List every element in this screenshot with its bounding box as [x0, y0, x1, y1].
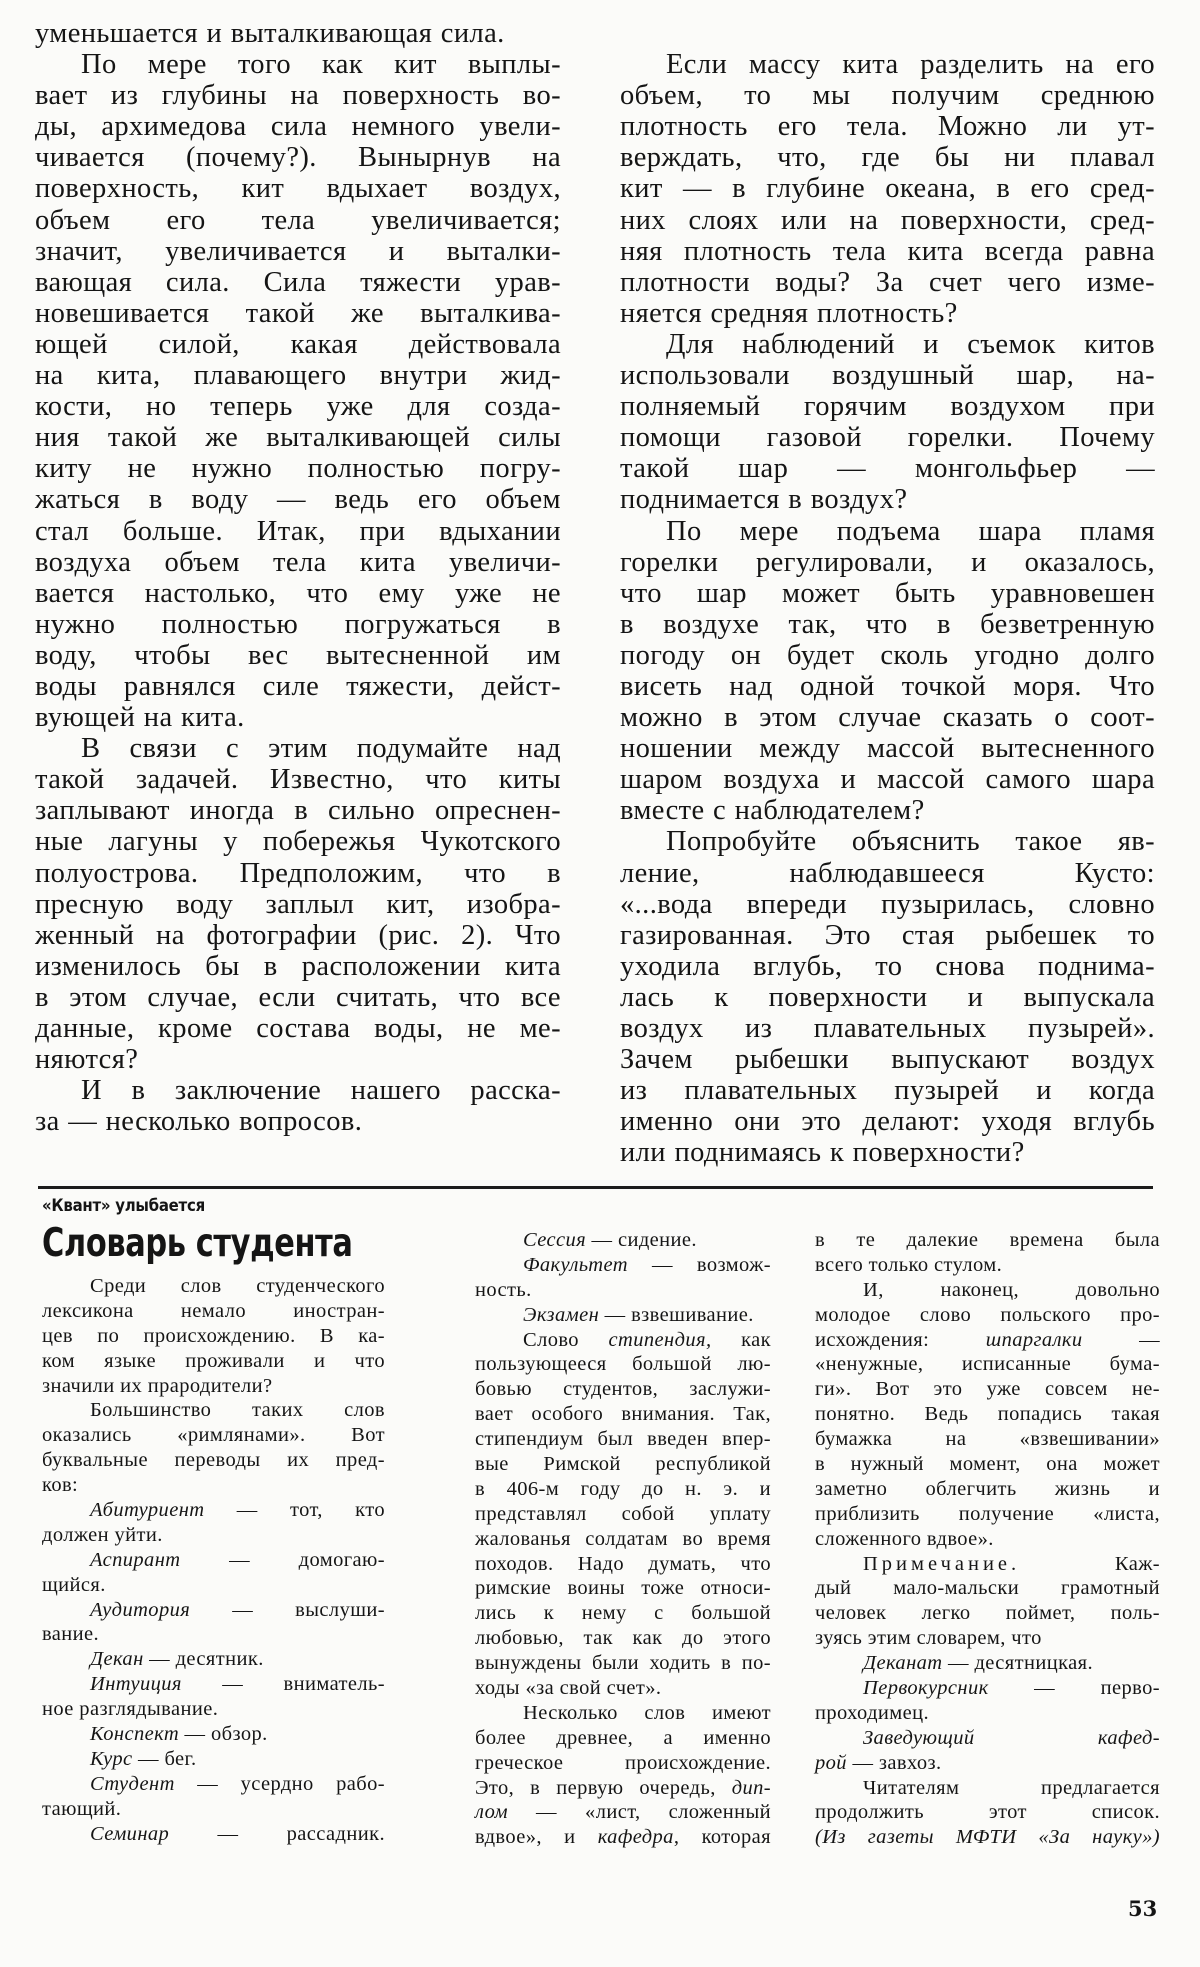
line-text: В связи с этим подумайте над	[81, 733, 561, 764]
text-line: газированная. Это стая рыбешек то	[620, 920, 1155, 951]
line-text: пресную воду заплыл кит, изобра-	[35, 889, 561, 920]
line-text: Попробуйте объяснить такое яв-	[666, 826, 1155, 857]
text-line: значит, увеличивается и выталки-	[35, 236, 561, 267]
text-line: киту не нужно полностью погру-	[35, 453, 561, 484]
line-text: — завхоз.	[847, 1752, 942, 1774]
line-text: висеть над одной точкой моря. Что	[620, 671, 1155, 702]
text-line: «ненужные, исписанные бума-	[815, 1352, 1160, 1377]
text-line: такой задачей. Известно, что киты	[35, 764, 561, 795]
line-text: — «лист, сложенный	[508, 1801, 771, 1823]
line-text: полуострова. Предположим, что в	[35, 858, 561, 889]
text-line: Читателям предлагается	[815, 1776, 1160, 1801]
text-line: Интуиция — вниматель-	[42, 1672, 385, 1697]
dictionary-term: Первокурсник	[863, 1677, 989, 1699]
line-text: газированная. Это стая рыбешек то	[620, 920, 1155, 951]
text-line: Декан — десятник.	[42, 1647, 385, 1672]
text-line: По мере того как кит выплы-	[35, 49, 561, 80]
line-text: Это, в первую очередь,	[475, 1777, 732, 1799]
text-line: вание.	[42, 1622, 385, 1647]
line-text: ные лагуны у побережья Чукотского	[35, 826, 561, 857]
line-text: представлял собой уплату	[475, 1503, 771, 1525]
dictionary-column-left: Среди слов студенческоголексикона немало…	[42, 1274, 385, 1846]
line-text: Слово	[523, 1329, 609, 1351]
text-line: Это, в первую очередь, дип-	[475, 1776, 771, 1801]
line-text: — бег.	[133, 1748, 197, 1770]
line-text: уменьшается и выталкивающая сила.	[35, 18, 505, 49]
text-line: что шар может быть уравновешен	[620, 578, 1155, 609]
line-text: — сидение.	[586, 1229, 697, 1251]
text-line: полняемый горячим воздухом при	[620, 391, 1155, 422]
text-line: любовью, так как до этого	[475, 1626, 771, 1651]
line-text: буквальные переводы их пред-	[42, 1449, 385, 1471]
text-line: за — несколько вопросов.	[35, 1106, 561, 1137]
dictionary-term: Абитуриент	[90, 1499, 204, 1521]
text-line: ные лагуны у побережья Чукотского	[35, 826, 561, 857]
line-text: , которая	[674, 1826, 771, 1848]
line-text: такой шар — монгольфьер —	[620, 453, 1155, 484]
line-text: сложенного вдвое».	[815, 1528, 994, 1550]
text-line: Студент — усердно рабо-	[42, 1772, 385, 1797]
line-text: значили их прародители?	[42, 1375, 273, 1397]
dictionary-column-middle: Сессия — сидение.Факультет — возмож-ност…	[475, 1228, 771, 1850]
section-divider	[38, 1186, 1153, 1189]
text-line: воду, чтобы вес вытесненной им	[35, 640, 561, 671]
line-text: человек легко поймет, поль-	[815, 1602, 1160, 1624]
text-line: всего только стулом.	[815, 1253, 1160, 1278]
line-text: верждать, что, где бы ни плавал	[620, 142, 1155, 173]
dictionary-term: Декан	[90, 1648, 144, 1670]
line-text: вающая сила. Сила тяжести урав-	[35, 267, 561, 298]
text-line: ды, архимедова сила немного увели-	[35, 111, 561, 142]
text-line: представлял собой уплату	[475, 1502, 771, 1527]
line-text: лась к поверхности и выпускала	[620, 982, 1155, 1013]
line-text: или поднимаясь к поверхности?	[620, 1137, 1025, 1168]
line-text: плотность его тела. Можно ли ут-	[620, 111, 1155, 142]
dictionary-term: Аспирант	[90, 1549, 181, 1571]
text-line: поверхность, кит вдыхает воздух,	[35, 173, 561, 204]
text-line: верждать, что, где бы ни плавал	[620, 142, 1155, 173]
dictionary-term: стипендия,	[609, 1329, 712, 1351]
text-line: женный на фотографии (рис. 2). Что	[35, 920, 561, 951]
text-line: висеть над одной точкой моря. Что	[620, 671, 1155, 702]
text-line: Для наблюдений и съемок китов	[620, 329, 1155, 360]
dictionary-term: Конспект	[90, 1723, 179, 1745]
text-line: цев по происхождению. В ка-	[42, 1324, 385, 1349]
line-text: изменилось бы в расположении кита	[35, 951, 561, 982]
text-line: молодое слово польского про-	[815, 1303, 1160, 1328]
text-line: ность.	[475, 1278, 771, 1303]
text-line	[620, 18, 1155, 49]
text-line: Сессия — сидение.	[475, 1228, 771, 1253]
line-text: бовью студентов, заслужи-	[475, 1378, 771, 1400]
text-line: стал больше. Итак, при вдыхании	[35, 516, 561, 547]
line-text: По мере того как кит выплы-	[81, 49, 561, 80]
line-text: киту не нужно полностью погру-	[35, 453, 561, 484]
text-line: зуясь этим словарем, что	[815, 1626, 1160, 1651]
text-line: поднимается в воздух?	[620, 484, 1155, 515]
line-text: объем его тела увеличивается;	[35, 205, 561, 236]
text-line: Несколько слов имеют	[475, 1701, 771, 1726]
line-text: понятно. Ведь попадись такая	[815, 1403, 1160, 1425]
line-text: всего только стулом.	[815, 1254, 1002, 1276]
text-line: щийся.	[42, 1573, 385, 1598]
line-text: тающий.	[42, 1798, 121, 1820]
line-text: Зачем рыбешки выпускают воздух	[620, 1044, 1155, 1075]
text-line: должен уйти.	[42, 1523, 385, 1548]
line-text: няются?	[35, 1044, 138, 1075]
line-text: поднимается в воздух?	[620, 484, 907, 515]
text-line: шаром воздуха и массой самого шара	[620, 764, 1155, 795]
line-text: полняемый горячим воздухом при	[620, 391, 1155, 422]
line-text: вующей на кита.	[35, 702, 245, 733]
text-line: человек легко поймет, поль-	[815, 1601, 1160, 1626]
text-line: объем, то мы получим среднюю	[620, 80, 1155, 111]
text-line: нужно полностью погружаться в	[35, 609, 561, 640]
line-text: в нужный момент, она может	[815, 1453, 1160, 1475]
text-line: оказались «римлянами». Вот	[42, 1423, 385, 1448]
line-text: — перво-	[989, 1677, 1160, 1699]
text-line: И, наконец, довольно	[815, 1278, 1160, 1303]
line-text: пользующееся большой лю-	[475, 1353, 771, 1375]
text-line: римские воины тоже относи-	[475, 1576, 771, 1601]
text-line: Семинар — рассадник.	[42, 1822, 385, 1847]
line-text: — десятницкая.	[943, 1652, 1094, 1674]
text-line: в нужный момент, она может	[815, 1452, 1160, 1477]
line-text: них слоях или на поверхности, сред-	[620, 205, 1155, 236]
line-text: Каж-	[1020, 1553, 1160, 1575]
line-text: — вниматель-	[182, 1673, 385, 1695]
text-line: или поднимаясь к поверхности?	[620, 1137, 1155, 1168]
text-line: плотности воды? За счет чего изме-	[620, 267, 1155, 298]
line-text: ношении между массой вытесненного	[620, 733, 1155, 764]
line-text: воздух из плавательных пузырей».	[620, 1013, 1155, 1044]
line-text: кости, но теперь уже для созда-	[35, 391, 561, 422]
line-text: что шар может быть уравновешен	[620, 578, 1155, 609]
text-line: вающая сила. Сила тяжести урав-	[35, 267, 561, 298]
line-text: — возмож-	[628, 1254, 771, 1276]
text-line: ношении между массой вытесненного	[620, 733, 1155, 764]
line-text: ность.	[475, 1279, 532, 1301]
dictionary-term: Курс	[90, 1748, 133, 1770]
line-text: более древнее, а именно	[475, 1727, 771, 1749]
line-text: должен уйти.	[42, 1524, 163, 1546]
text-line: ков:	[42, 1473, 385, 1498]
text-line: кит — в глубине океана, в его сред-	[620, 173, 1155, 204]
line-text: ком языке проживали и что	[42, 1350, 385, 1372]
dictionary-term: Сессия	[523, 1229, 586, 1251]
dictionary-column-right: в те далекие времена былавсего только ст…	[815, 1228, 1160, 1850]
text-line: вается настолько, что ему уже не	[35, 578, 561, 609]
text-line: «...вода впереди пузырилась, словно	[620, 889, 1155, 920]
text-line: В связи с этим подумайте над	[35, 733, 561, 764]
text-line: воздух из плавательных пузырей».	[620, 1013, 1155, 1044]
text-line: лом — «лист, сложенный	[475, 1800, 771, 1825]
text-line: чивается (почему?). Вынырнув на	[35, 142, 561, 173]
line-text: можно в этом случае сказать о соот-	[620, 702, 1155, 733]
line-text: ги». Вот это уже совсем не-	[815, 1378, 1160, 1400]
dictionary-term: Семинар	[90, 1823, 169, 1845]
text-line: походов. Надо думать, что	[475, 1552, 771, 1577]
line-text: ющей силой, какая действовала	[35, 329, 561, 360]
line-text: заметно облегчить жизнь и	[815, 1478, 1160, 1500]
text-line: исхождения: шпаргалки —	[815, 1328, 1160, 1353]
text-line: Зачем рыбешки выпускают воздух	[620, 1044, 1155, 1075]
line-text: вает из глубины на поверхность во-	[35, 80, 561, 111]
line-text: вает особого внимания. Так,	[475, 1403, 771, 1425]
text-line: вующей на кита.	[35, 702, 561, 733]
line-text: стипендиум был введен впер-	[475, 1428, 771, 1450]
line-text: жалованья солдатам во время	[475, 1528, 771, 1550]
line-text: кит — в глубине океана, в его сред-	[620, 173, 1155, 204]
line-text: лексикона немало иностран-	[42, 1300, 385, 1322]
text-line: Попробуйте объяснить такое яв-	[620, 826, 1155, 857]
dictionary-term: Деканат	[863, 1652, 943, 1674]
text-line: вместе с наблюдателем?	[620, 795, 1155, 826]
text-line: И в заключение нашего расска-	[35, 1075, 561, 1106]
text-line: По мере подъема шара пламя	[620, 516, 1155, 547]
text-line: заплывают иногда в сильно опреснен-	[35, 795, 561, 826]
line-text: По мере подъема шара пламя	[666, 516, 1155, 547]
line-text: И в заключение нашего расска-	[81, 1075, 561, 1106]
text-line: Экзамен — взвешивание.	[475, 1303, 771, 1328]
text-line: объем его тела увеличивается;	[35, 205, 561, 236]
text-line: бумажка на «взвешивании»	[815, 1427, 1160, 1452]
line-text: — домогаю-	[181, 1549, 386, 1571]
line-text: — взвешивание.	[599, 1304, 754, 1326]
text-line: полуострова. Предположим, что в	[35, 858, 561, 889]
line-text: жаться в воду — ведь его объем	[35, 484, 561, 515]
line-text: греческое происхождение.	[475, 1752, 771, 1774]
text-line: более древнее, а именно	[475, 1726, 771, 1751]
text-line: Абитуриент — тот, кто	[42, 1498, 385, 1523]
line-text: няя плотность тела кита всегда равна	[620, 236, 1155, 267]
dictionary-term: (Из газеты МФТИ «За науку»)	[815, 1826, 1160, 1848]
dictionary-term: шпаргалки	[986, 1329, 1083, 1351]
line-text: вание.	[42, 1623, 99, 1645]
text-line: Факультет — возмож-	[475, 1253, 771, 1278]
text-line: погоду он будет сколь угодно долго	[620, 640, 1155, 671]
text-line: значили их прародители?	[42, 1374, 385, 1399]
text-line: уменьшается и выталкивающая сила.	[35, 18, 561, 49]
text-line: ление, наблюдавшееся Кусто:	[620, 858, 1155, 889]
text-line: ющей силой, какая действовала	[35, 329, 561, 360]
line-text: — усердно рабо-	[175, 1773, 385, 1795]
dictionary-term: Экзамен	[523, 1304, 599, 1326]
line-text: именно они это делают: уходя вглубь	[620, 1106, 1155, 1137]
text-line: пресную воду заплыл кит, изобра-	[35, 889, 561, 920]
dictionary-term: Аудитория	[90, 1599, 190, 1621]
dictionary-term: дип-	[732, 1777, 771, 1799]
page-number: 53	[1128, 1896, 1157, 1921]
line-text: в 406-м году до н. э. и	[475, 1478, 771, 1500]
dictionary-term: Заведующий кафед-	[863, 1727, 1160, 1749]
line-text: новешивается такой же выталкива-	[35, 298, 561, 329]
line-text: из плавательных пузырей и когда	[620, 1075, 1155, 1106]
text-line: Примечание. Каж-	[815, 1552, 1160, 1577]
line-text: —	[1083, 1329, 1160, 1351]
text-line: заметно облегчить жизнь и	[815, 1477, 1160, 1502]
line-text: Читателям предлагается	[863, 1777, 1160, 1799]
text-line: из плавательных пузырей и когда	[620, 1075, 1155, 1106]
line-text: воду, чтобы вес вытесненной им	[35, 640, 561, 671]
line-text: дый мало-мальски грамотный	[815, 1577, 1160, 1599]
text-line: понятно. Ведь попадись такая	[815, 1402, 1160, 1427]
text-line: няя плотность тела кита всегда равна	[620, 236, 1155, 267]
dictionary-term: рой	[815, 1752, 847, 1774]
text-line: Конспект — обзор.	[42, 1722, 385, 1747]
line-text: «ненужные, исписанные бума-	[815, 1353, 1160, 1375]
line-text: шаром воздуха и массой самого шара	[620, 764, 1155, 795]
text-line: проходимец.	[815, 1701, 1160, 1726]
line-text: поверхность, кит вдыхает воздух,	[35, 173, 561, 204]
text-line: в воздухе так, что в безветренную	[620, 609, 1155, 640]
text-line: использовали воздушный шар, на-	[620, 360, 1155, 391]
text-line: Если массу кита разделить на его	[620, 49, 1155, 80]
line-text: приблизить получение «листа,	[815, 1503, 1160, 1525]
text-line: приблизить получение «листа,	[815, 1502, 1160, 1527]
line-text: женный на фотографии (рис. 2). Что	[35, 920, 561, 951]
text-line: жалованья солдатам во время	[475, 1527, 771, 1552]
line-text: ния такой же выталкивающей силы	[35, 422, 561, 453]
line-text: оказались «римлянами». Вот	[42, 1424, 385, 1446]
text-line: вает из глубины на поверхность во-	[35, 80, 561, 111]
text-line: Заведующий кафед-	[815, 1726, 1160, 1751]
text-line: лись к нему с большой	[475, 1601, 771, 1626]
line-text: плотности воды? За счет чего изме-	[620, 267, 1155, 298]
text-line: ги». Вот это уже совсем не-	[815, 1377, 1160, 1402]
line-text: — выслуши-	[190, 1599, 385, 1621]
line-text: няется средняя плотность?	[620, 298, 958, 329]
text-line: воды равнялся силе тяжести, дейст-	[35, 671, 561, 702]
text-line: Курс — бег.	[42, 1747, 385, 1772]
line-text: Если массу кита разделить на его	[666, 49, 1155, 80]
line-text: такой задачей. Известно, что киты	[35, 764, 561, 795]
line-text: цев по происхождению. В ка-	[42, 1325, 385, 1347]
line-text: римские воины тоже относи-	[475, 1577, 771, 1599]
text-line: ходы «за свой счет».	[475, 1676, 771, 1701]
text-line: в те далекие времена была	[815, 1228, 1160, 1253]
line-text: объем, то мы получим среднюю	[620, 80, 1155, 111]
line-text: продолжить этот список.	[815, 1801, 1160, 1823]
dictionary-term: Студент	[90, 1773, 175, 1795]
line-text: горелки регулировали, и оказалось,	[620, 547, 1155, 578]
note-label: Примечание.	[863, 1553, 1020, 1575]
line-text: в те далекие времена была	[815, 1229, 1160, 1251]
article-column-right: Если массу кита разделить на егообъем, т…	[620, 18, 1155, 1168]
dictionary-term: кафедра	[598, 1826, 674, 1848]
text-line: (Из газеты МФТИ «За науку»)	[815, 1825, 1160, 1850]
text-line: стипендиум был введен впер-	[475, 1427, 771, 1452]
text-line: лась к поверхности и выпускала	[620, 982, 1155, 1013]
line-text: использовали воздушный шар, на-	[620, 360, 1155, 391]
text-line: Аудитория — выслуши-	[42, 1598, 385, 1623]
text-line: в этом случае, если считать, что все	[35, 982, 561, 1013]
line-text: проходимец.	[815, 1702, 929, 1724]
line-text: воды равнялся силе тяжести, дейст-	[35, 671, 561, 702]
text-line: тающий.	[42, 1797, 385, 1822]
text-line: данные, кроме состава воды, не ме-	[35, 1013, 561, 1044]
line-text: в этом случае, если считать, что все	[35, 982, 561, 1013]
line-text: молодое слово польского про-	[815, 1304, 1160, 1326]
line-text: ление, наблюдавшееся Кусто:	[620, 858, 1155, 889]
text-line: именно они это делают: уходя вглубь	[620, 1106, 1155, 1137]
text-line: дый мало-мальски грамотный	[815, 1576, 1160, 1601]
line-text: щийся.	[42, 1574, 106, 1596]
text-line: можно в этом случае сказать о соот-	[620, 702, 1155, 733]
line-text: ды, архимедова сила немного увели-	[35, 111, 561, 142]
line-text: в воздухе так, что в безветренную	[620, 609, 1155, 640]
line-text: на кита, плавающего внутри жид-	[35, 360, 561, 391]
line-text: как	[712, 1329, 772, 1351]
line-text: — обзор.	[179, 1723, 268, 1745]
section-rubric: «Квант» улыбается	[42, 1196, 205, 1216]
text-line: такой шар — монгольфьер —	[620, 453, 1155, 484]
text-line: Деканат — десятницкая.	[815, 1651, 1160, 1676]
line-text: данные, кроме состава воды, не ме-	[35, 1013, 561, 1044]
line-text: заплывают иногда в сильно опреснен-	[35, 795, 561, 826]
text-line: вает особого внимания. Так,	[475, 1402, 771, 1427]
text-line: горелки регулировали, и оказалось,	[620, 547, 1155, 578]
line-text: нужно полностью погружаться в	[35, 609, 561, 640]
text-line: жаться в воду — ведь его объем	[35, 484, 561, 515]
text-line: на кита, плавающего внутри жид-	[35, 360, 561, 391]
article-column-left: уменьшается и выталкивающая сила.По мере…	[35, 18, 561, 1137]
line-text: И, наконец, довольно	[863, 1279, 1160, 1301]
dictionary-term: Факультет	[523, 1254, 628, 1276]
text-line: вые Римской республикой	[475, 1452, 771, 1477]
line-text: походов. Надо думать, что	[475, 1553, 771, 1575]
line-text: воздуха объем тела кита увеличи-	[35, 547, 561, 578]
line-text: вдвое», и	[475, 1826, 598, 1848]
line-text: уходила вглубь, то снова поднима-	[620, 951, 1155, 982]
text-line: ное разглядывание.	[42, 1697, 385, 1722]
dictionary-term: лом	[475, 1801, 508, 1823]
text-line: Среди слов студенческого	[42, 1274, 385, 1299]
text-line: продолжить этот список.	[815, 1800, 1160, 1825]
line-text: чивается (почему?). Вынырнув на	[35, 142, 561, 173]
line-text: «...вода впереди пузырилась, словно	[620, 889, 1155, 920]
line-text: лись к нему с большой	[475, 1602, 771, 1624]
text-line: Большинство таких слов	[42, 1398, 385, 1423]
text-line: Аспирант — домогаю-	[42, 1548, 385, 1573]
line-text: стал больше. Итак, при вдыхании	[35, 516, 561, 547]
line-text: помощи газовой горелки. Почему	[620, 422, 1155, 453]
text-line: воздуха объем тела кита увеличи-	[35, 547, 561, 578]
line-text: Среди слов студенческого	[90, 1275, 385, 1297]
text-line: няются?	[35, 1044, 561, 1075]
text-line: плотность его тела. Можно ли ут-	[620, 111, 1155, 142]
text-line: сложенного вдвое».	[815, 1527, 1160, 1552]
text-line: греческое происхождение.	[475, 1751, 771, 1776]
text-line: Слово стипендия, как	[475, 1328, 771, 1353]
line-text: значит, увеличивается и выталки-	[35, 236, 561, 267]
line-text: — рассадник.	[169, 1823, 385, 1845]
text-line: в 406-м году до н. э. и	[475, 1477, 771, 1502]
line-text: Большинство таких слов	[90, 1399, 385, 1421]
text-line: вынуждены были ходить в по-	[475, 1651, 771, 1676]
line-text: — тот, кто	[204, 1499, 385, 1521]
text-line: изменилось бы в расположении кита	[35, 951, 561, 982]
line-text: зуясь этим словарем, что	[815, 1627, 1042, 1649]
line-text: Для наблюдений и съемок китов	[666, 329, 1155, 360]
line-text: за — несколько вопросов.	[35, 1106, 362, 1137]
text-line: вдвое», и кафедра, которая	[475, 1825, 771, 1850]
line-text: ходы «за свой счет».	[475, 1677, 661, 1699]
line-text: — десятник.	[144, 1648, 264, 1670]
line-text: исхождения:	[815, 1329, 986, 1351]
text-line: кости, но теперь уже для созда-	[35, 391, 561, 422]
text-line: помощи газовой горелки. Почему	[620, 422, 1155, 453]
